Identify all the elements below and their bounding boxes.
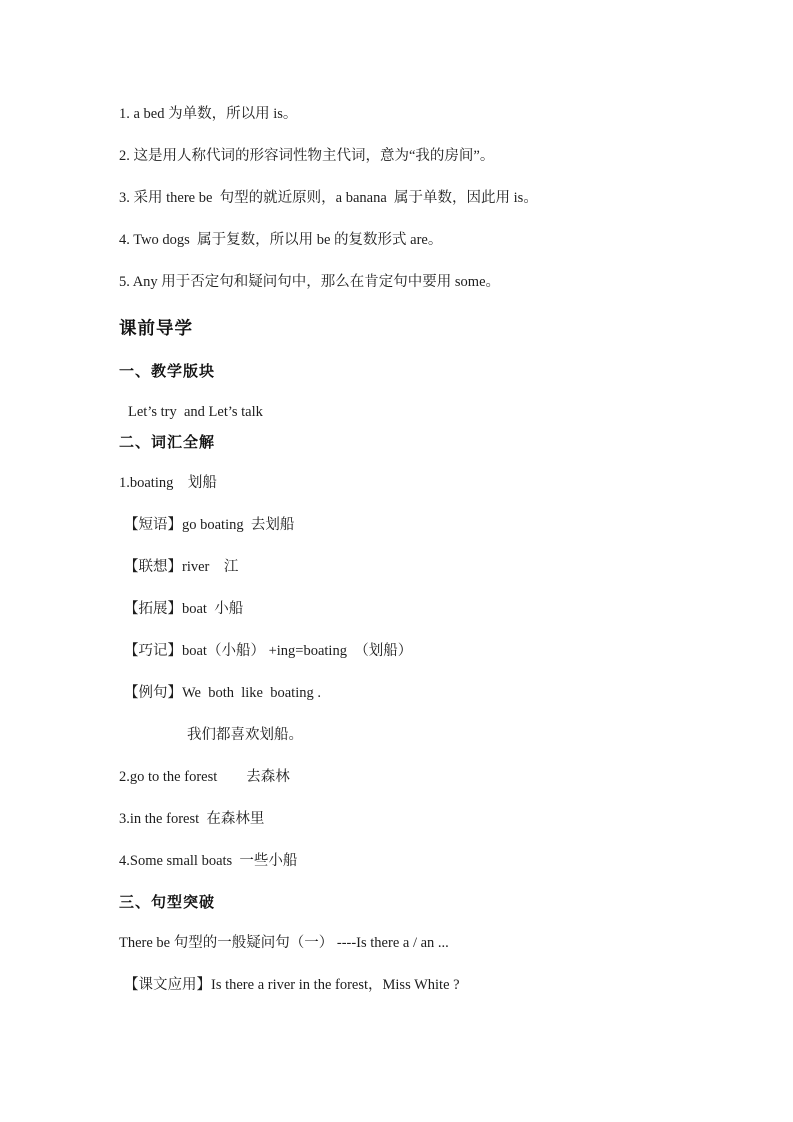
vocab-line-boating: 1.boating 划船 bbox=[119, 475, 739, 491]
sentence-pattern-line: There be 句型的一般疑问句（一） ----Is there a / an… bbox=[119, 935, 739, 951]
vocab-line-extension: 【拓展】boat 小船 bbox=[119, 601, 739, 617]
teaching-module-line: Let’s try and Let’s talk bbox=[119, 404, 739, 420]
vocab-line-mnemonic: 【巧记】boat（小船） +ing=boating （划船） bbox=[119, 643, 739, 659]
vocab-line-example: 【例句】We both like boating . bbox=[119, 685, 739, 701]
answer-line-3: 3. 采用 there be 句型的就近原则，a banana 属于单数，因此用… bbox=[119, 190, 739, 206]
vocab-line-association: 【联想】river 江 bbox=[119, 559, 739, 575]
vocab-line-phrase: 【短语】go boating 去划船 bbox=[119, 517, 739, 533]
answer-line-5: 5. Any 用于否定句和疑问句中，那么在肯定句中要用 some。 bbox=[119, 274, 739, 290]
vocab-line-go-to-forest: 2.go to the forest 去森林 bbox=[119, 769, 739, 785]
section-heading-vocabulary: 二、词汇全解 bbox=[119, 435, 739, 451]
document-content: 1. a bed 为单数，所以用 is。 2. 这是用人称代词的形容词性物主代词… bbox=[119, 106, 739, 1019]
document-page: 1. a bed 为单数，所以用 is。 2. 这是用人称代词的形容词性物主代词… bbox=[0, 0, 793, 1122]
vocab-line-some-small-boats: 4.Some small boats 一些小船 bbox=[119, 853, 739, 869]
answer-line-1: 1. a bed 为单数，所以用 is。 bbox=[119, 106, 739, 122]
section-heading-sentence-pattern: 三、句型突破 bbox=[119, 895, 739, 911]
vocab-line-example-translation: 我们都喜欢划船。 bbox=[119, 727, 739, 743]
page-title: 课前导学 bbox=[119, 318, 739, 338]
answer-line-4: 4. Two dogs 属于复数，所以用 be 的复数形式 are。 bbox=[119, 232, 739, 248]
vocab-line-in-forest: 3.in the forest 在森林里 bbox=[119, 811, 739, 827]
answer-line-2: 2. 这是用人称代词的形容词性物主代词，意为“我的房间”。 bbox=[119, 148, 739, 164]
text-application-line: 【课文应用】Is there a river in the forest，Mis… bbox=[119, 977, 739, 993]
section-heading-teaching-module: 一、教学版块 bbox=[119, 364, 739, 380]
